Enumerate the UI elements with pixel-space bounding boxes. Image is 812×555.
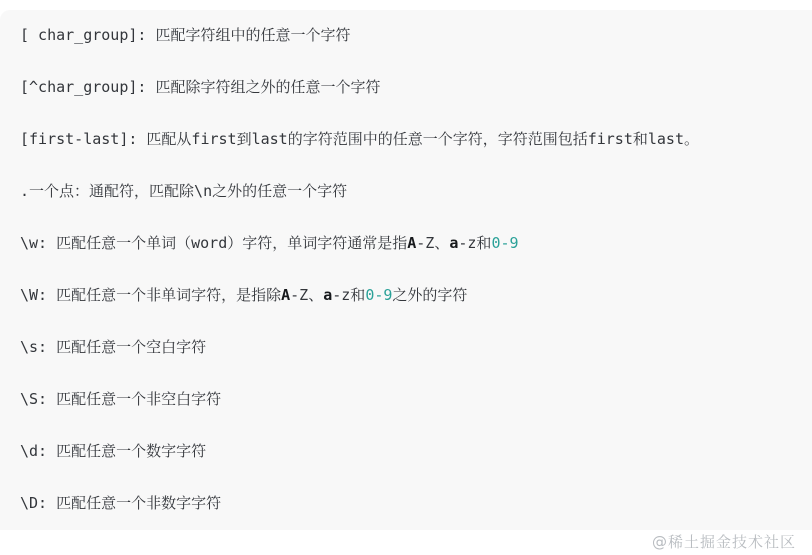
text-line: \D: 匹配任意一个非数字字符 bbox=[20, 485, 812, 537]
text-segment: \W: 匹配任意一个非单词字符，是指除 bbox=[20, 286, 281, 304]
text-line: [first-last]: 匹配从first到last的字符范围中的任意一个字符… bbox=[20, 121, 812, 173]
text-segment: 之外的字符 bbox=[392, 286, 467, 304]
text-segment: [first-last]: 匹配从first到last的字符范围中的任意一个字符… bbox=[20, 130, 699, 148]
text-segment: -Z、 bbox=[416, 234, 449, 252]
text-line: \W: 匹配任意一个非单词字符，是指除A-Z、a-z和0-9之外的字符 bbox=[20, 277, 812, 329]
text-line: \s: 匹配任意一个空白字符 bbox=[20, 329, 812, 381]
watermark: @稀土掘金技术社区 bbox=[652, 531, 796, 552]
text-segment: .一个点：通配符，匹配除\n之外的任意一个字符 bbox=[20, 182, 347, 200]
regex-notes-panel: [ char_group]: 匹配字符组中的任意一个字符[^char_group… bbox=[0, 10, 812, 530]
text-line: \w: 匹配任意一个单词（word）字符，单词字符通常是指A-Z、a-z和0-9 bbox=[20, 225, 812, 277]
text-line: [^char_group]: 匹配除字符组之外的任意一个字符 bbox=[20, 69, 812, 121]
page: [ char_group]: 匹配字符组中的任意一个字符[^char_group… bbox=[0, 0, 812, 555]
text-segment: 0-9 bbox=[365, 286, 392, 304]
text-segment: \D: 匹配任意一个非数字字符 bbox=[20, 494, 221, 512]
text-line: \S: 匹配任意一个非空白字符 bbox=[20, 381, 812, 433]
text-segment: \w: 匹配任意一个单词（word）字符，单词字符通常是指 bbox=[20, 234, 407, 252]
text-line: .一个点：通配符，匹配除\n之外的任意一个字符 bbox=[20, 173, 812, 225]
text-segment: -z和 bbox=[458, 234, 491, 252]
text-line: \d: 匹配任意一个数字字符 bbox=[20, 433, 812, 485]
text-segment: 0-9 bbox=[491, 234, 518, 252]
text-segment: \d: 匹配任意一个数字字符 bbox=[20, 442, 206, 460]
text-segment: A bbox=[281, 286, 290, 304]
text-segment: \S: 匹配任意一个非空白字符 bbox=[20, 390, 221, 408]
text-segment: -z和 bbox=[332, 286, 365, 304]
text-segment: A bbox=[407, 234, 416, 252]
text-segment: [ char_group]: 匹配字符组中的任意一个字符 bbox=[20, 26, 350, 44]
text-segment: \s: 匹配任意一个空白字符 bbox=[20, 338, 206, 356]
text-line: [ char_group]: 匹配字符组中的任意一个字符 bbox=[20, 17, 812, 69]
text-segment: [^char_group]: 匹配除字符组之外的任意一个字符 bbox=[20, 78, 380, 96]
text-segment: -Z、 bbox=[290, 286, 323, 304]
text-segment: a bbox=[323, 286, 332, 304]
